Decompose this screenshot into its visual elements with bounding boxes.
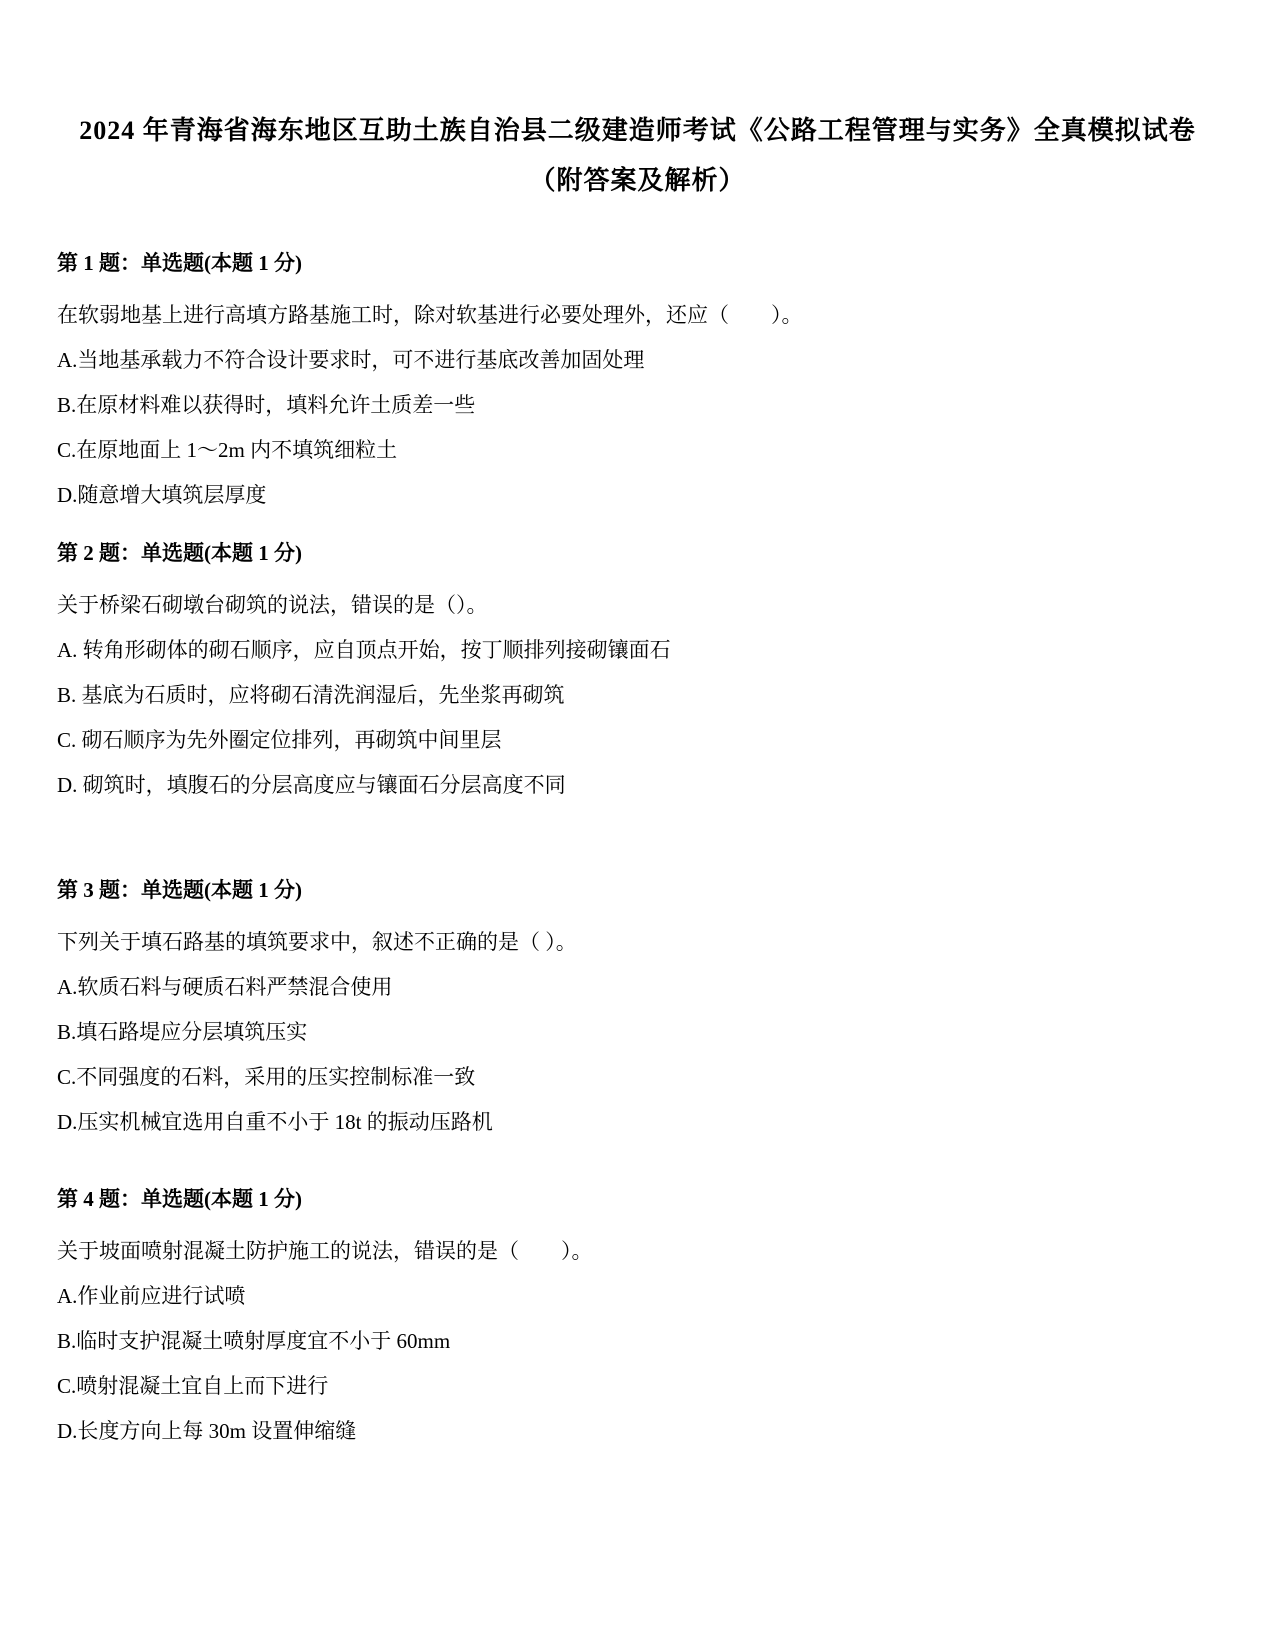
question-4-option-a: A.作业前应进行试喷 xyxy=(57,1285,1218,1307)
question-3-stem: 下列关于填石路基的填筑要求中，叙述不正确的是（ ）。 xyxy=(57,931,1218,953)
question-3-option-a: A.软质石料与硬质石料严禁混合使用 xyxy=(57,976,1218,998)
question-4-heading: 第 4 题：单选题(本题 1 分) xyxy=(57,1188,1218,1211)
question-4-stem: 关于坡面喷射混凝土防护施工的说法，错误的是（ ）。 xyxy=(57,1240,1218,1262)
question-2: 第 2 题：单选题(本题 1 分) 关于桥梁石砌墩台砌筑的说法，错误的是（）。 … xyxy=(57,542,1218,796)
question-3-option-b: B.填石路堤应分层填筑压实 xyxy=(57,1021,1218,1043)
question-1: 第 1 题：单选题(本题 1 分) 在软弱地基上进行高填方路基施工时，除对软基进… xyxy=(57,252,1218,506)
question-1-stem: 在软弱地基上进行高填方路基施工时，除对软基进行必要处理外，还应（ ）。 xyxy=(57,304,1218,326)
question-2-option-b: B. 基底为石质时，应将砌石清洗润湿后，先坐浆再砌筑 xyxy=(57,684,1218,706)
question-3-option-c: C.不同强度的石料，采用的压实控制标准一致 xyxy=(57,1066,1218,1088)
question-1-option-c: C.在原地面上 1～2m 内不填筑细粒土 xyxy=(57,439,1218,461)
question-4-option-b: B.临时支护混凝土喷射厚度宜不小于 60mm xyxy=(57,1330,1218,1352)
question-3-heading: 第 3 题：单选题(本题 1 分) xyxy=(57,879,1218,902)
question-4: 第 4 题：单选题(本题 1 分) 关于坡面喷射混凝土防护施工的说法，错误的是（… xyxy=(57,1188,1218,1442)
question-3-option-d: D.压实机械宜选用自重不小于 18t 的振动压路机 xyxy=(57,1111,1218,1133)
question-1-option-b: B.在原材料难以获得时，填料允许土质差一些 xyxy=(57,394,1218,416)
question-1-option-d: D.随意增大填筑层厚度 xyxy=(57,484,1218,506)
question-4-option-c: C.喷射混凝土宜自上而下进行 xyxy=(57,1375,1218,1397)
question-2-option-c: C. 砌石顺序为先外圈定位排列，再砌筑中间里层 xyxy=(57,729,1218,751)
question-1-option-a: A.当地基承载力不符合设计要求时，可不进行基底改善加固处理 xyxy=(57,349,1218,371)
document-page: 2024 年青海省海东地区互助土族自治县二级建造师考试《公路工程管理与实务》全真… xyxy=(0,0,1275,1650)
question-3: 第 3 题：单选题(本题 1 分) 下列关于填石路基的填筑要求中，叙述不正确的是… xyxy=(57,879,1218,1133)
question-1-heading: 第 1 题：单选题(本题 1 分) xyxy=(57,252,1218,275)
question-2-heading: 第 2 题：单选题(本题 1 分) xyxy=(57,542,1218,565)
document-title: 2024 年青海省海东地区互助土族自治县二级建造师考试《公路工程管理与实务》全真… xyxy=(57,106,1218,206)
question-4-option-d: D.长度方向上每 30m 设置伸缩缝 xyxy=(57,1420,1218,1442)
question-2-option-a: A. 转角形砌体的砌石顺序，应自顶点开始，按丁顺排列接砌镶面石 xyxy=(57,639,1218,661)
question-2-stem: 关于桥梁石砌墩台砌筑的说法，错误的是（）。 xyxy=(57,594,1218,616)
question-2-option-d: D. 砌筑时，填腹石的分层高度应与镶面石分层高度不同 xyxy=(57,774,1218,796)
